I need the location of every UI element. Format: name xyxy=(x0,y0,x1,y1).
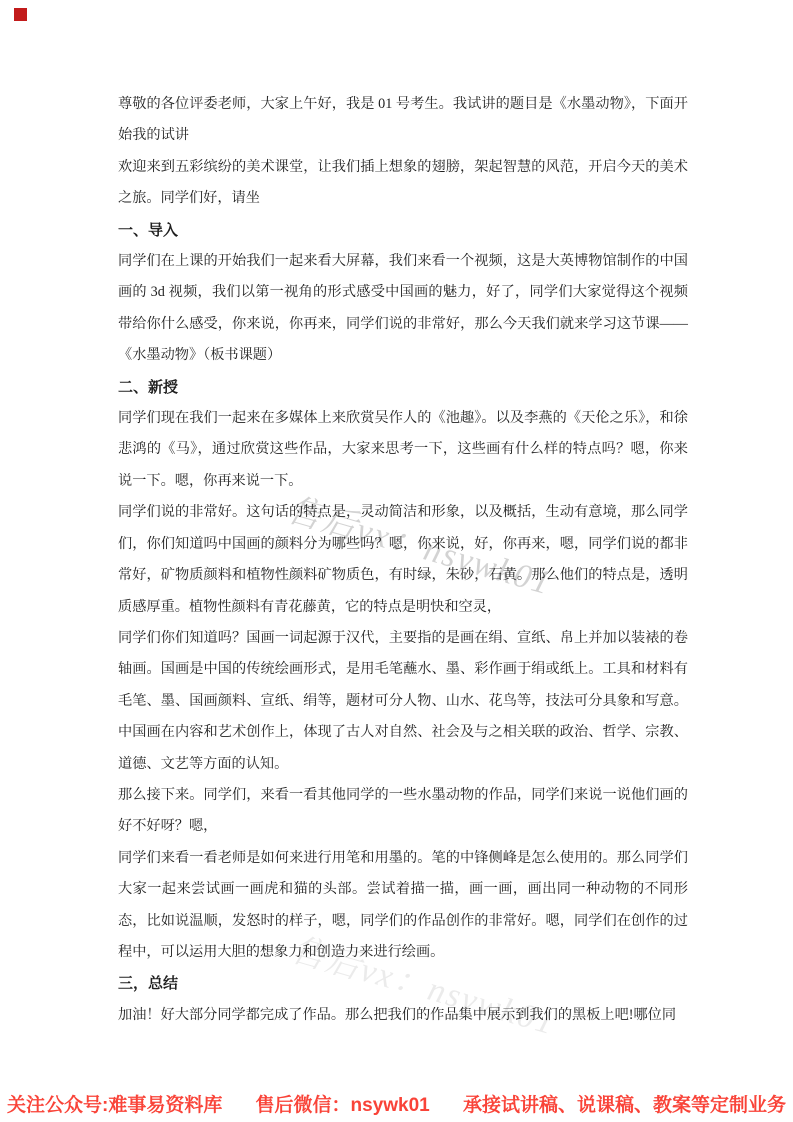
paragraph: 尊敬的各位评委老师，大家上午好，我是 01 号考生。我试讲的题目是《水墨动物》，… xyxy=(118,89,688,152)
paragraph: 欢迎来到五彩缤纷的美术课堂，让我们插上想象的翅膀，架起智慧的风范，开启今天的美术… xyxy=(118,152,688,215)
paragraph: 加油！好大部分同学都完成了作品。那么把我们的作品集中展示到我们的黑板上吧!哪位同 xyxy=(118,1000,688,1031)
footer-segment-follow: 关注公众号:难事易资料库 xyxy=(7,1090,222,1117)
footer-segment-services: 承接试讲稿、说课稿、教案等定制业务 xyxy=(463,1090,786,1117)
paragraph: 同学们你们知道吗？国画一词起源于汉代，主要指的是画在绢、宣纸、帛上并加以装裱的卷… xyxy=(118,623,688,780)
paragraph: 同学们在上课的开始我们一起来看大屏幕，我们来看一个视频，这是大英博物馆制作的中国… xyxy=(118,246,688,372)
document-body: 尊敬的各位评委老师，大家上午好，我是 01 号考生。我试讲的题目是《水墨动物》，… xyxy=(118,89,688,1031)
paragraph: 同学们现在我们一起来在多媒体上来欣赏吴作人的《池趣》。以及李燕的《天伦之乐》，和… xyxy=(118,403,688,497)
document-page: 售后vx：nsywk01 售后vx：nsywk01 尊敬的各位评委老师，大家上午… xyxy=(0,0,793,1122)
footer-segment-wechat: 售后微信：nsywk01 xyxy=(256,1090,430,1117)
section-heading: 一、导入 xyxy=(118,215,688,246)
brand-mark xyxy=(14,8,27,21)
paragraph: 同学们来看一看老师是如何来进行用笔和用墨的。笔的中锋侧峰是怎么使用的。那么同学们… xyxy=(118,843,688,969)
paragraph: 那么接下来。同学们，来看一看其他同学的一些水墨动物的作品，同学们来说一说他们画的… xyxy=(118,780,688,843)
paragraph: 同学们说的非常好。这句话的特点是，灵动简洁和形象，以及概括，生动有意境，那么同学… xyxy=(118,497,688,623)
footer-banner: 关注公众号:难事易资料库 售后微信：nsywk01 承接试讲稿、说课稿、教案等定… xyxy=(7,1090,786,1117)
section-heading: 三，总结 xyxy=(118,968,688,999)
section-heading: 二、新授 xyxy=(118,372,688,403)
